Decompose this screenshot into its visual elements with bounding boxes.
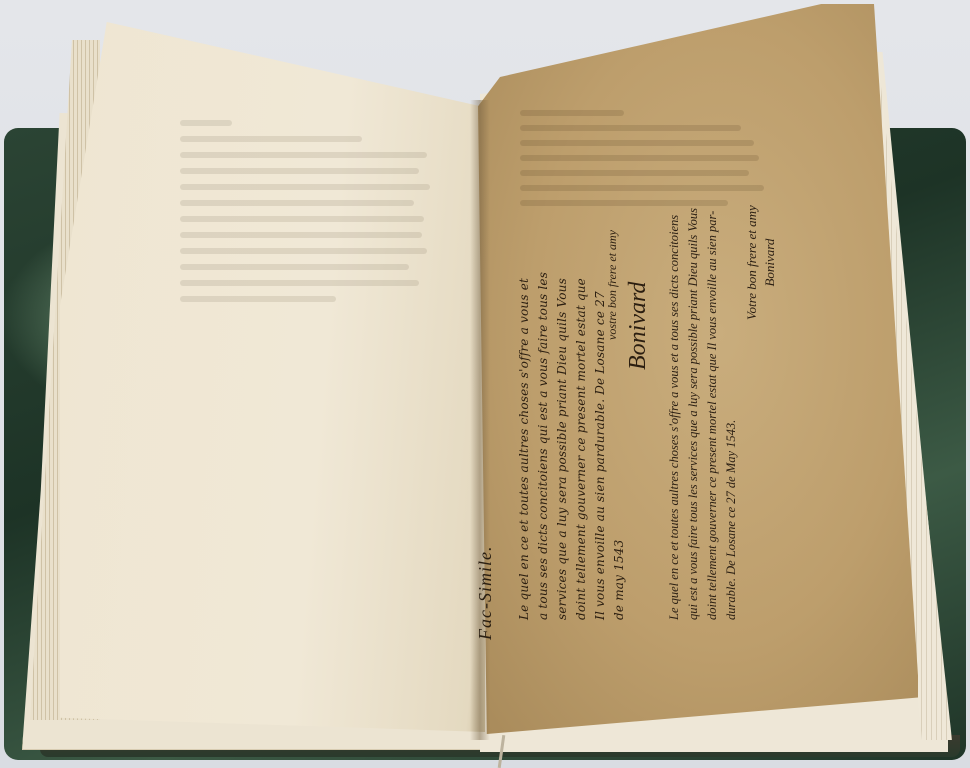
printed-line: qui est a vous faire tous les services q… bbox=[684, 120, 703, 620]
handwritten-line: Il vous envoille au sien pardurable. De … bbox=[591, 150, 610, 620]
handwritten-signature: Bonivard bbox=[625, 282, 652, 370]
handwritten-line: doint tellement gouverner ce present mor… bbox=[572, 150, 591, 620]
book-photo: Fac-Simile. Le quel en ce et toutes ault… bbox=[0, 0, 970, 768]
handwritten-line: services que a luy sera possible priant … bbox=[553, 150, 572, 620]
facsimile-heading: Fac-Simile. bbox=[475, 546, 496, 640]
printed-line: Le quel en ce et toutes aultres choses s… bbox=[665, 120, 684, 620]
printed-line: durable. De Losane ce 27 de May 1543. bbox=[722, 120, 741, 620]
facsimile-letter: Fac-Simile. Le quel en ce et toutes ault… bbox=[475, 120, 805, 640]
handwritten-line: de may 1543 bbox=[610, 150, 629, 620]
printed-transcription: Le quel en ce et toutes aultres choses s… bbox=[665, 120, 741, 620]
handwritten-line: a tous ses dicts concitoiens qui est a v… bbox=[534, 150, 553, 620]
handwritten-line: Le quel en ce et toutes aultres choses s… bbox=[515, 150, 534, 620]
printed-closing: Votre bon frere et amy bbox=[743, 205, 761, 320]
printed-signature: Bonivard bbox=[761, 205, 779, 320]
handwritten-closing: vostre bon frere et amy bbox=[605, 230, 620, 340]
handwritten-letter: Le quel en ce et toutes aultres choses s… bbox=[515, 150, 629, 620]
left-page-bleed-through-text bbox=[180, 120, 440, 360]
printed-closing-block: Votre bon frere et amy Bonivard bbox=[743, 205, 779, 320]
printed-line: doint tellement gouverner ce present mor… bbox=[703, 120, 722, 620]
